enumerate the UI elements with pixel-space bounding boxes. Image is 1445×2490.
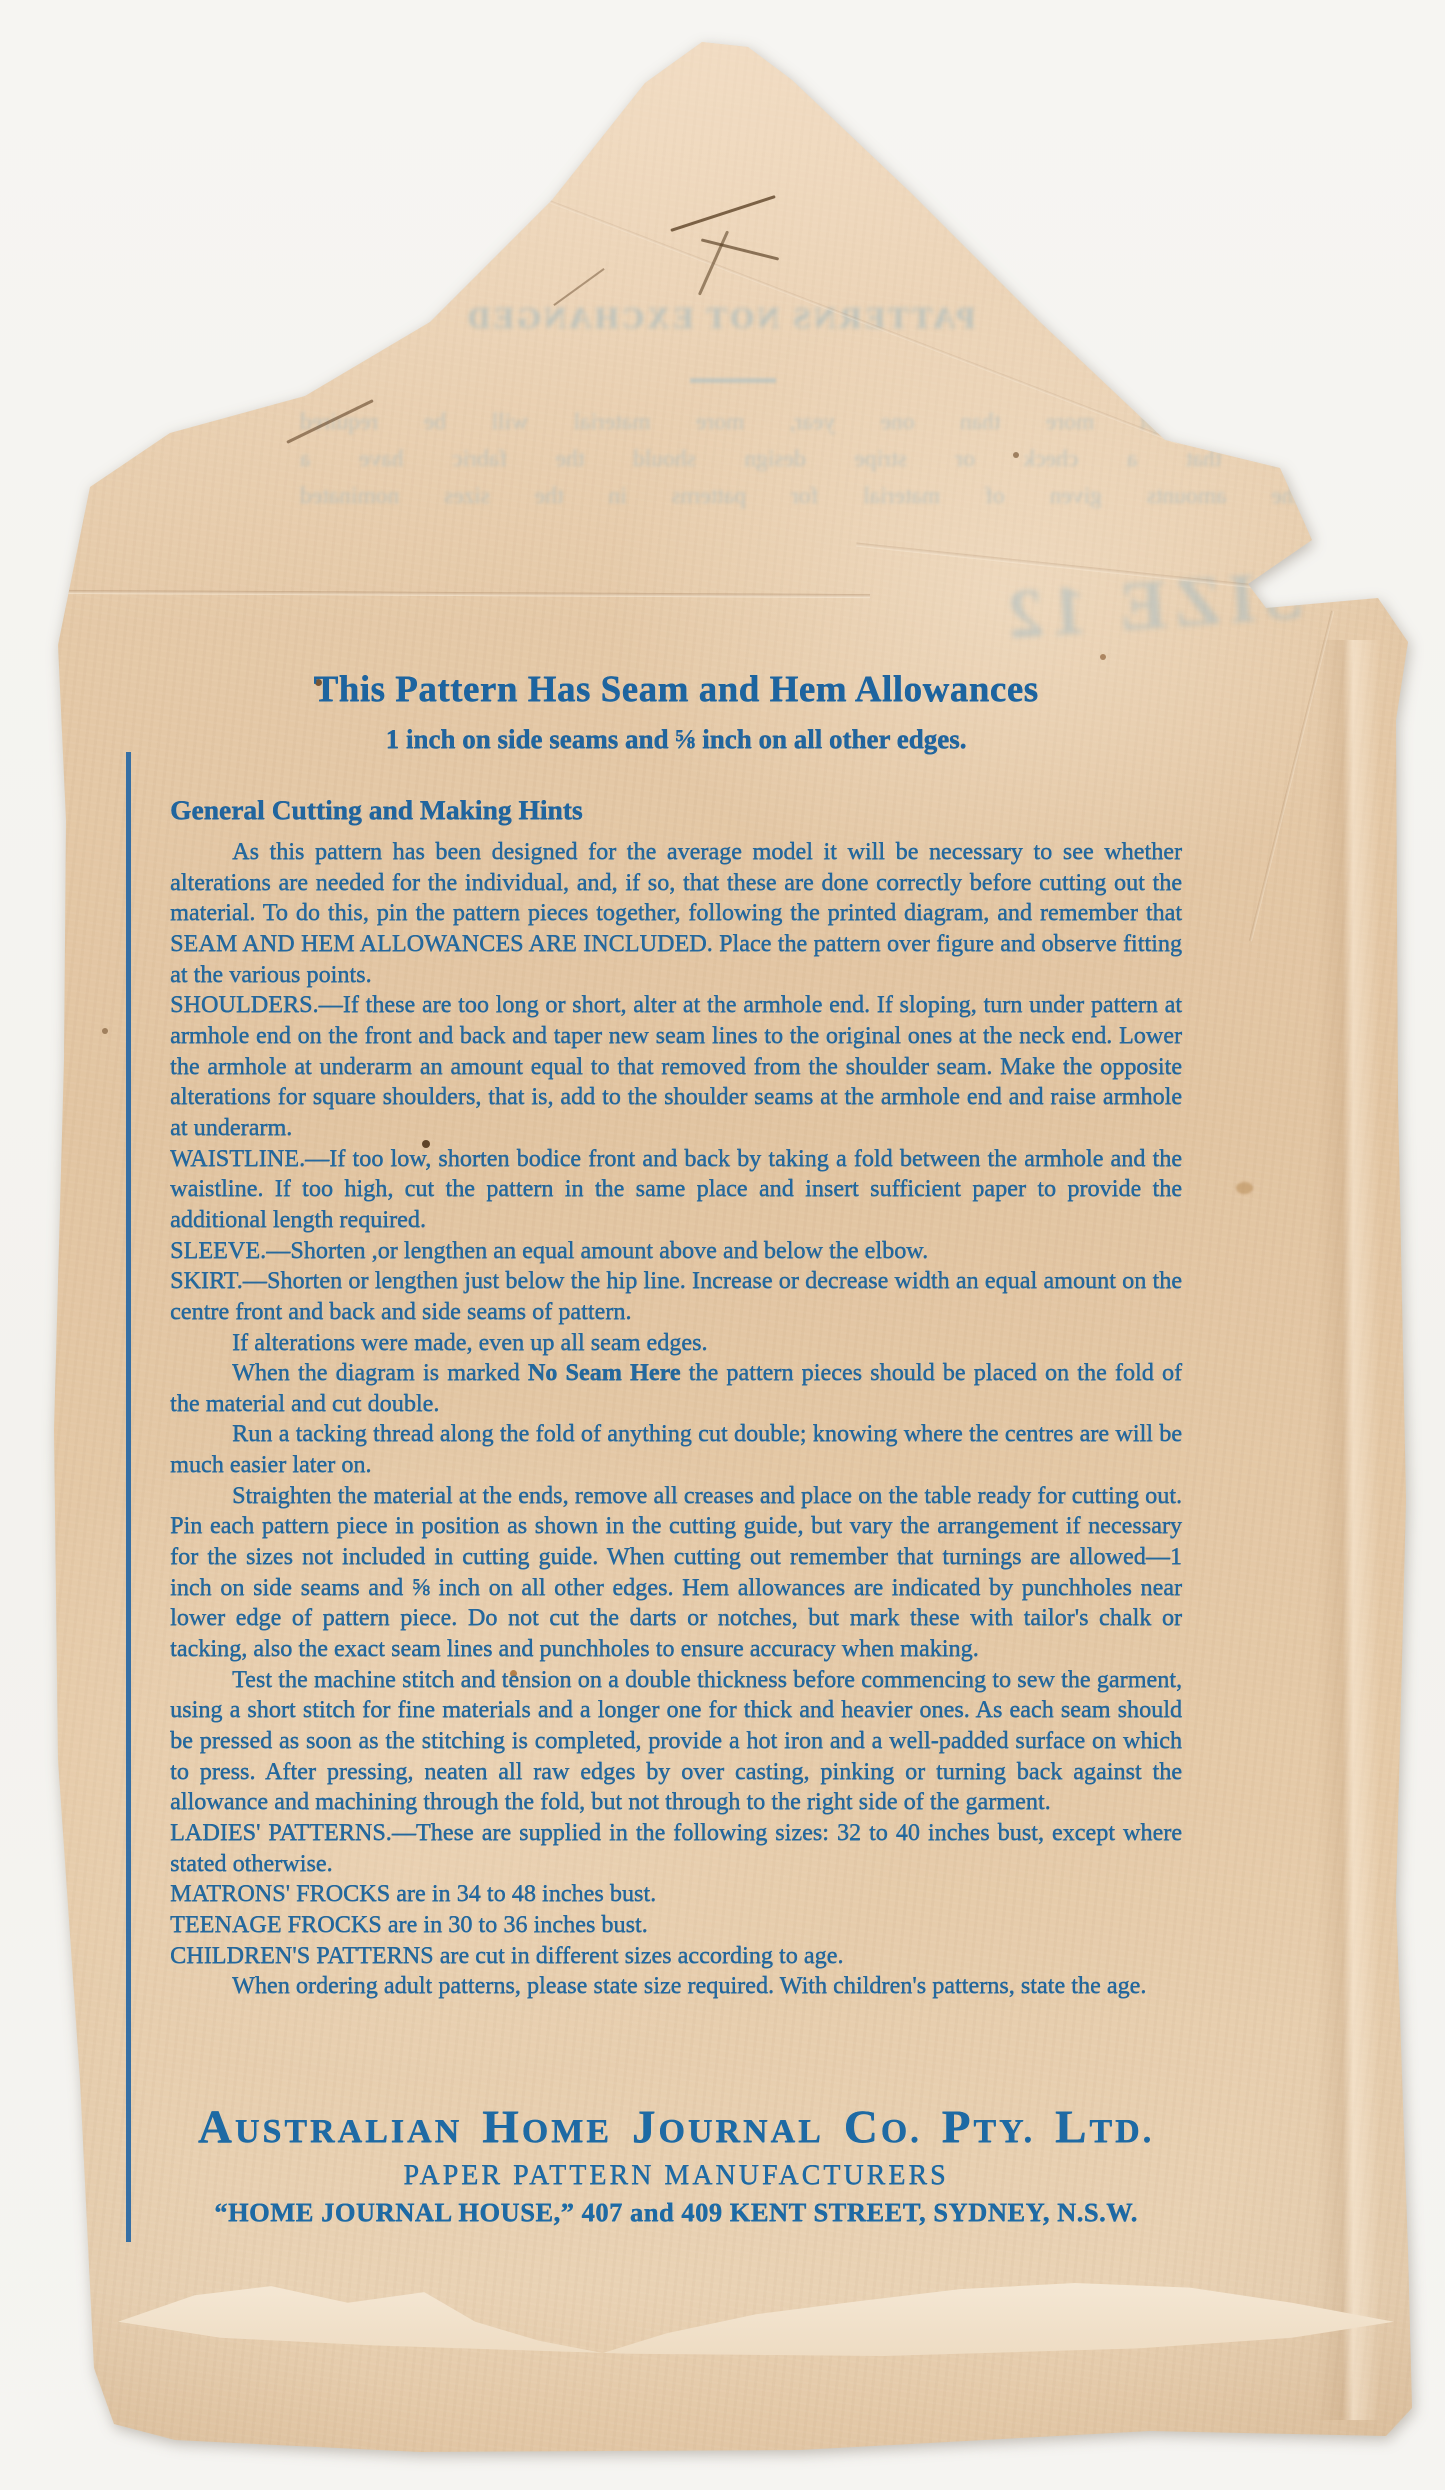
company-name-word: CO. [844, 2129, 922, 2146]
company-name: AUSTRALIANHOMEJOURNALCO.PTY.LTD. [150, 2100, 1202, 2154]
company-name-word: AUSTRALIAN [198, 2129, 462, 2146]
paragraph: If alterations were made, even up all se… [170, 1328, 1182, 1359]
paragraph: MATRONS' FROCKS are in 34 to 48 inches b… [170, 1879, 1182, 1910]
envelope-paper: PATTERNS NOT EXCHANGED patterns kept mor… [0, 0, 1445, 2490]
paragraph: When the diagram is marked No Seam Here … [170, 1358, 1182, 1419]
paragraph: SKIRT.—Shorten or lengthen just below th… [170, 1266, 1182, 1327]
paragraph: CHILDREN'S PATTERNS are cut in different… [170, 1941, 1182, 1972]
paragraph: Straighten the material at the ends, rem… [170, 1481, 1182, 1665]
paragraph: SLEEVE.—Shorten ,or lengthen an equal am… [170, 1236, 1182, 1267]
company-name-word: PTY. [942, 2129, 1035, 2146]
scanned-envelope-back: PATTERNS NOT EXCHANGED patterns kept mor… [0, 0, 1445, 2490]
paragraph: LADIES' PATTERNS.—These are supplied in … [170, 1818, 1182, 1879]
paragraph: TEENAGE FROCKS are in 30 to 36 inches bu… [170, 1910, 1182, 1941]
paragraph: Run a tacking thread along the fold of a… [170, 1419, 1182, 1480]
company-name-word: HOME [482, 2129, 612, 2146]
company-name-word: LTD. [1055, 2129, 1154, 2146]
printed-text-block: This Pattern Has Seam and Hem Allowances… [0, 0, 1445, 2490]
company-address-line: “HOME JOURNAL HOUSE,” 407 and 409 KENT S… [150, 2197, 1202, 2228]
section-heading: General Cutting and Making Hints [170, 794, 583, 826]
allowance-subtitle: 1 inch on side seams and ⅝ inch on all o… [170, 724, 1182, 755]
blue-edge-mark [49, 598, 59, 624]
pattern-allowance-title: This Pattern Has Seam and Hem Allowances [170, 668, 1182, 711]
left-vertical-rule [126, 752, 131, 2242]
publisher-footer: AUSTRALIANHOMEJOURNALCO.PTY.LTD. PAPER P… [150, 2100, 1202, 2228]
paragraph: As this pattern has been designed for th… [170, 837, 1182, 990]
body-paragraphs: As this pattern has been designed for th… [170, 837, 1182, 2002]
company-name-word: JOURNAL [632, 2129, 824, 2146]
company-role-line: PAPER PATTERN MANUFACTURERS [150, 2160, 1202, 2192]
paragraph: WAISTLINE.—If too low, shorten bodice fr… [170, 1144, 1182, 1236]
paragraph: SHOULDERS.—If these are too long or shor… [170, 990, 1182, 1143]
paper-shadow-wrap: PATTERNS NOT EXCHANGED patterns kept mor… [0, 0, 1445, 2490]
paragraph: When ordering adult patterns, please sta… [170, 1971, 1182, 2002]
paragraph: Test the machine stitch and tension on a… [170, 1665, 1182, 1818]
